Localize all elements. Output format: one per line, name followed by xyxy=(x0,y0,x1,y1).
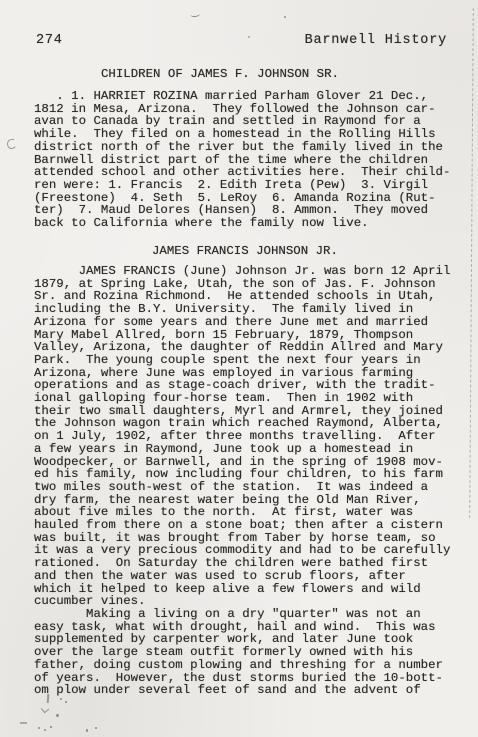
scan-speck xyxy=(44,729,46,731)
scan-speck xyxy=(47,694,49,703)
scan-speck xyxy=(60,698,62,700)
page-number: 274 xyxy=(36,33,63,48)
scan-speck xyxy=(248,36,250,38)
scan-speck xyxy=(20,722,27,724)
section-heading-james-jr: JAMES FRANCIS JOHNSON JR. xyxy=(152,244,338,258)
book-page: 274 Barnwell History CHILDREN OF JAMES F… xyxy=(0,0,478,737)
page-header: 274 Barnwell History xyxy=(36,33,447,48)
scan-speck xyxy=(50,726,52,728)
section2-text: JAMES FRANCIS (June) Johnson Jr. was bor… xyxy=(34,265,450,697)
scan-margin-mark xyxy=(6,138,17,150)
scan-speck xyxy=(56,714,59,717)
scan-edge-line xyxy=(469,8,474,518)
book-title: Barnwell History xyxy=(305,33,447,48)
scan-speck xyxy=(41,705,49,713)
scan-speck xyxy=(38,727,40,729)
scan-speck xyxy=(86,729,88,732)
scan-speck xyxy=(95,727,97,729)
section-heading-children: CHILDREN OF JAMES F. JOHNSON SR. xyxy=(101,67,339,81)
scan-speck xyxy=(284,16,286,18)
section1-text: . 1. HARRIET ROZINA married Parham Glove… xyxy=(34,90,450,230)
scan-speck xyxy=(218,92,220,94)
scan-speck xyxy=(65,701,67,703)
scan-smudge-top xyxy=(190,10,201,17)
